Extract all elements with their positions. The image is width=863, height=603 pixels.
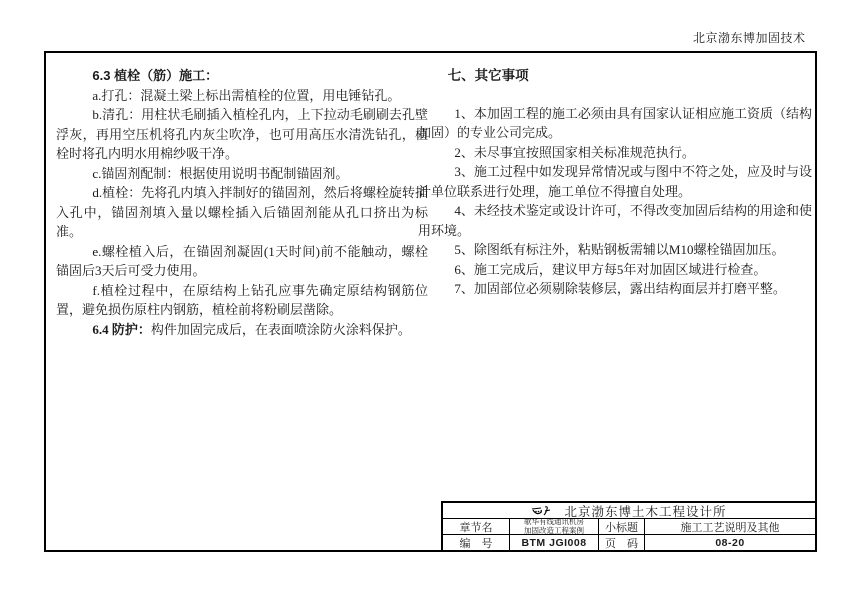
chapter-value-cell: 歌华有线通讯机房 加固改造工程案例 <box>510 519 599 535</box>
note-3-anomalies: 3、施工过程中如发现异常情况或与图中不符之处，应及时与设计单位联系进行处理，施工… <box>418 162 812 201</box>
page-header-text: 北京渤东博加固技术 <box>693 29 806 46</box>
number-value-cell: BTM JGI008 <box>510 535 599 550</box>
document-page: 北京渤东博加固技术 6.3 植栓（筋）施工： a.打孔：混凝土梁上标出需植栓的位… <box>0 0 863 603</box>
note-2-standards: 2、未尽事宜按照国家相关标准规范执行。 <box>418 143 812 163</box>
right-column: 七、其它事项 1、本加固工程的施工必须由具有国家认证相应施工资质（结构加固）的专… <box>418 66 812 299</box>
section-7-heading: 七、其它事项 <box>418 66 812 86</box>
step-a-drilling: a.打孔：混凝土梁上标出需植栓的位置，用电锤钻孔。 <box>56 86 428 106</box>
company-row: 北京渤东博土木工程设计所 <box>443 503 815 519</box>
step-e-curing: e.螺栓植入后，在锚固剂凝固(1天时间)前不能触动，螺栓锚固后3天后可受力使用。 <box>56 242 428 281</box>
section-6-4-text: 构件加固完成后，在表面喷涂防火涂料保护。 <box>151 322 411 337</box>
company-logo-icon <box>531 505 557 517</box>
step-d-bolt-planting: d.植栓：先将孔内填入拌制好的锚固剂，然后将螺栓旋转插入孔中，锚固剂填入量以螺栓… <box>56 183 428 242</box>
note-5-m10-bolts: 5、除图纸有标注外，粘贴钢板需辅以M10螺栓锚固加压。 <box>418 240 812 260</box>
section-6-4-protection: 6.4 防护：构件加固完成后，在表面喷涂防火涂料保护。 <box>56 320 428 340</box>
left-column: 6.3 植栓（筋）施工： a.打孔：混凝土梁上标出需植栓的位置，用电锤钻孔。 b… <box>56 66 428 339</box>
note-6-inspection: 6、施工完成后，建议甲方每5年对加固区域进行检查。 <box>418 260 812 280</box>
step-c-anchor-agent-preparation: c.锚固剂配制：根据使用说明书配制锚固剂。 <box>56 164 428 184</box>
content-frame: 6.3 植栓（筋）施工： a.打孔：混凝土梁上标出需植栓的位置，用电锤钻孔。 b… <box>44 51 817 552</box>
page-label-cell: 页 码 <box>599 535 645 550</box>
page-value-cell: 08-20 <box>645 535 815 550</box>
chapter-value-line2: 加固改造工程案例 <box>524 527 584 536</box>
company-name: 北京渤东博土木工程设计所 <box>564 503 726 519</box>
note-1-qualification: 1、本加固工程的施工必须由具有国家认证相应施工资质（结构加固）的专业公司完成。 <box>418 104 812 143</box>
number-label-cell: 编 号 <box>443 535 510 550</box>
chapter-label-cell: 章节名 <box>443 519 510 535</box>
note-7-surface-grinding: 7、加固部位必须剔除装修层，露出结构面层并打磨平整。 <box>418 279 812 299</box>
subtitle-label-cell: 小标题 <box>599 519 645 535</box>
subtitle-value-cell: 施工工艺说明及其他 <box>645 519 815 535</box>
step-f-rebar-caution: f.植栓过程中，在原结构上钻孔应事先确定原结构钢筋位置，避免损伤原柱内钢筋，植栓… <box>56 281 428 320</box>
note-4-usage-change: 4、未经技术鉴定或设计许可，不得改变加固后结构的用途和使用环境。 <box>418 201 812 240</box>
section-6-4-label: 6.4 防护： <box>92 322 151 337</box>
section-6-3-title: 6.3 植栓（筋）施工： <box>56 66 428 86</box>
step-b-hole-cleaning: b.清孔：用柱状毛刷插入植栓孔内，上下拉动毛刷刷去孔壁浮灰，再用空压机将孔内灰尘… <box>56 105 428 164</box>
title-block: 北京渤东博土木工程设计所 章节名 歌华有线通讯机房 加固改造工程案例 小标题 施… <box>441 501 815 550</box>
